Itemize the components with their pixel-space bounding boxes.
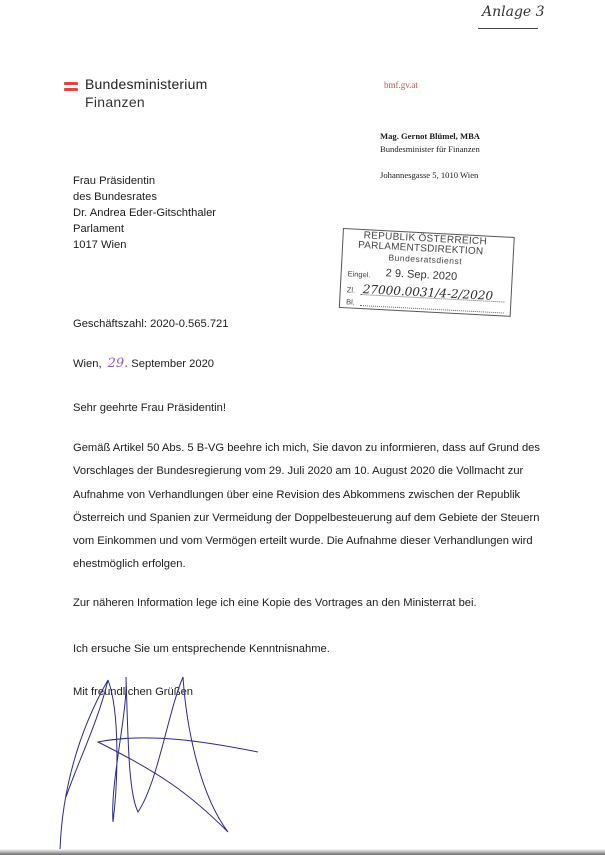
recipient-line: Parlament xyxy=(73,221,216,237)
recipient-line: des Bundesrates xyxy=(73,189,216,205)
date-day-handwritten: 29. xyxy=(108,356,129,371)
date-month-year: September 2020 xyxy=(131,358,214,370)
sender-address: Johannesgasse 5, 1010 Wien xyxy=(380,170,478,180)
austrian-flag-logo-icon xyxy=(64,82,78,94)
request-paragraph: Ich ersuche Sie um entsprechende Kenntni… xyxy=(73,643,330,655)
reference-number: Geschäftszahl: 2020-0.565.721 xyxy=(73,318,229,330)
sender-name: Mag. Gernot Blümel, MBA xyxy=(380,131,480,141)
stamp-bl-label: Bl. xyxy=(346,297,355,306)
ministry-name: Bundesministerium xyxy=(85,76,207,92)
stamp-zl-label: Zl. xyxy=(347,285,356,294)
recipient-line: Frau Präsidentin xyxy=(73,173,216,189)
signature-icon xyxy=(58,672,258,852)
stamp-bl-dotted-line xyxy=(360,305,504,314)
date-city: Wien, xyxy=(73,358,102,370)
stamp-received-label: Eingel. xyxy=(347,269,370,279)
recipient-line: Dr. Andrea Eder-Gitschthaler xyxy=(73,205,216,221)
stamp-zl-value: 27000.0031/4-2/2020 xyxy=(362,282,493,303)
website-link[interactable]: bmf.gv.at xyxy=(384,80,418,90)
annex-underline xyxy=(478,28,538,29)
sender-role: Bundesminister für Finanzen xyxy=(380,144,480,154)
receipt-stamp: REPUBLIK ÖSTERREICH PARLAMENTSDIREKTION … xyxy=(339,228,515,317)
page-bottom-edge xyxy=(0,849,605,855)
stamp-received-date: 2 9. Sep. 2020 xyxy=(385,267,457,283)
recipient-line: 1017 Wien xyxy=(73,237,216,253)
ministry-department: Finanzen xyxy=(85,94,145,110)
body-paragraph: Gemäß Artikel 50 Abs. 5 B-VG beehre ich … xyxy=(73,437,543,577)
annex-handwritten-note: Anlage 3 xyxy=(482,4,545,20)
recipient-address: Frau Präsidentin des Bundesrates Dr. And… xyxy=(73,173,216,253)
salutation: Sehr geehrte Frau Präsidentin! xyxy=(73,402,226,414)
info-paragraph: Zur näheren Information lege ich eine Ko… xyxy=(73,597,477,609)
annex-text: Anlage 3 xyxy=(482,4,545,20)
letter-date: Wien,29.September 2020 xyxy=(73,356,214,371)
